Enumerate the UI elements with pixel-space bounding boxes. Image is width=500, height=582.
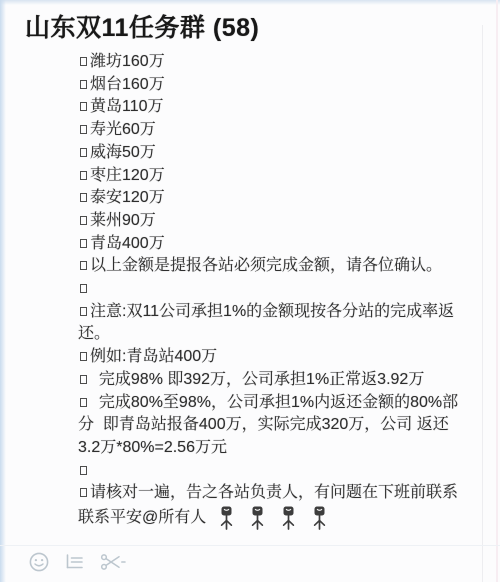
message-line: 以上金额是提报各站必须完成金额，请各位确认。 [78,255,488,278]
message-text: 3.2万*80%=2.56万元 [78,439,227,456]
missing-emoji-box-icon [80,148,87,157]
message-line: 分 即青岛站报备400万，实际完成320万，公司 返还 [78,414,488,437]
chat-window: 山东双11任务群 (58) 潍坊160万烟台160万黄岛110万寿光60万威海5… [0,0,500,582]
message-text: 请核对一遍，告之各站负责人，有问题在下班前联系 [90,484,458,501]
message-line: 泰安120万 [78,187,488,210]
rose-flower-icon [218,505,235,531]
missing-emoji-box-icon [80,375,87,384]
missing-emoji-box-icon [80,352,87,361]
rose-flower-icon [249,505,266,531]
message-text: 泰安120万 [90,189,165,206]
message-text: 完成98% 即392万，公司承担1%正常返3.92万 [90,371,424,388]
message-line: 黄岛110万 [78,96,488,119]
group-chat-title: 山东双11任务群 (58) [25,8,259,44]
window-left-edge [0,0,6,582]
rose-flower-icon [311,505,328,531]
message-line: 还。 [78,323,488,346]
message-text: 还。 [78,325,110,342]
missing-emoji-box-icon [80,261,87,270]
message-text: 枣庄120万 [90,167,165,184]
input-toolbar [28,551,127,573]
missing-emoji-box-icon [80,57,87,66]
input-area-divider [0,545,500,546]
message-body: 潍坊160万烟台160万黄岛110万寿光60万威海50万枣庄120万泰安120万… [78,51,488,531]
missing-emoji-box-icon [80,125,87,134]
message-line: 完成98% 即392万，公司承担1%正常返3.92万 [78,369,488,392]
message-text: 潍坊160万 [90,53,165,70]
message-text: 例如:青岛站400万 [90,348,217,365]
message-text: 黄岛110万 [90,98,164,115]
message-line: 潍坊160万 [78,51,488,74]
missing-emoji-box-icon [80,398,87,407]
missing-emoji-box-icon [80,193,87,202]
missing-emoji-box-icon [80,307,87,316]
message-line: 烟台160万 [78,74,488,97]
message-text: 寿光60万 [90,121,156,138]
message-text: 以上金额是提报各站必须完成金额，请各位确认。 [90,257,442,274]
message-line: 例如:青岛站400万 [78,346,488,369]
message-line: 完成80%至98%，公司承担1%内返还金额的80%部 [78,392,488,415]
message-line: 威海50万 [78,142,488,165]
message-line [78,278,488,301]
message-line: 请核对一遍，告之各站负责人，有问题在下班前联系 [78,482,488,505]
missing-emoji-box-icon [80,102,87,111]
missing-emoji-box-icon [80,239,87,248]
missing-emoji-box-icon [80,80,87,89]
chat-history-icon[interactable] [63,551,86,573]
message-line: 寿光60万 [78,119,488,142]
message-line: 3.2万*80%=2.56万元 [78,437,488,460]
message-line: 枣庄120万 [78,165,488,188]
message-text: 分 即青岛站报备400万，实际完成320万，公司 返还 [78,416,449,433]
message-text: 青岛400万 [90,235,165,252]
message-text: 威海50万 [90,144,156,161]
missing-emoji-box-icon [80,216,87,225]
missing-emoji-box-icon [80,488,87,497]
screenshot-scissors-icon[interactable] [99,551,127,573]
message-text: 联系平安@所有人 [78,509,211,526]
missing-emoji-box-icon [80,466,87,475]
message-line: 青岛400万 [78,233,488,256]
message-text: 完成80%至98%，公司承担1%内返还金额的80%部 [90,394,458,411]
missing-emoji-box-icon [80,284,87,293]
missing-emoji-box-icon [80,171,87,180]
message-line [78,460,488,483]
window-right-edge [496,0,498,582]
message-text: 注意:双11公司承担1%的金额现按各分站的完成率返 [90,303,454,320]
message-line: 联系平安@所有人 [78,505,488,531]
message-line: 注意:双11公司承担1%的金额现按各分站的完成率返 [78,301,488,324]
message-text: 莱州90万 [90,212,156,229]
emoji-smiley-icon[interactable] [28,551,50,573]
message-line: 莱州90万 [78,210,488,233]
window-top-edge [0,0,500,5]
rose-flower-icon [280,505,297,531]
message-text: 烟台160万 [90,76,165,93]
